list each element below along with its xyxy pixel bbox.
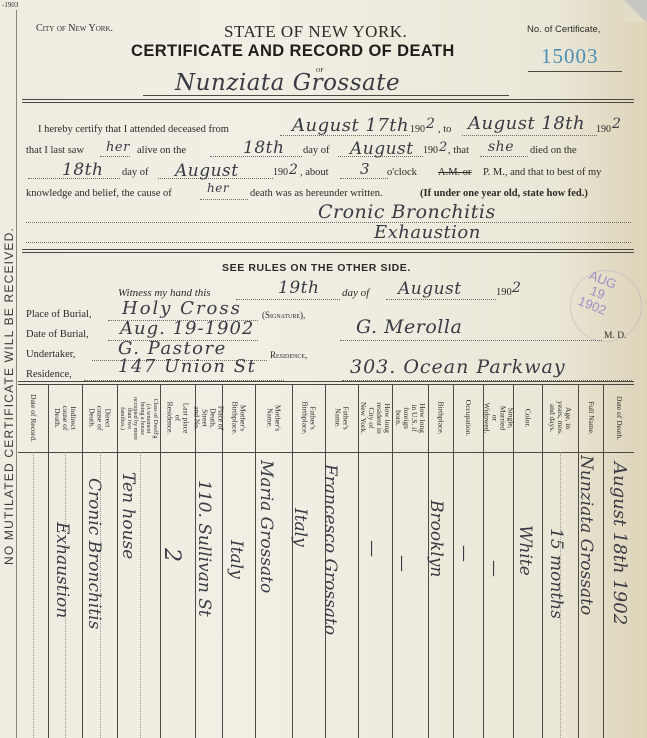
place-of-burial-label: Place of Burial, <box>26 309 92 320</box>
witness-day-of: day of <box>342 287 369 299</box>
dots <box>480 156 528 157</box>
direct-cause-value: Cronic Bronchitis <box>84 478 104 629</box>
section-rule-2 <box>22 252 634 253</box>
col-header-mother-name: Mother's Name. <box>255 384 292 452</box>
attended-from: August 17th <box>292 115 409 136</box>
occupation-value: — <box>454 545 474 562</box>
header-rule <box>22 99 634 100</box>
col-header-text: Date of Death. <box>615 396 623 440</box>
col-header-text: Father's Birthplace. <box>301 401 317 434</box>
col-header-last-residence: Last place of Residence. <box>160 384 195 452</box>
dots <box>340 340 602 341</box>
year-c: 190 <box>423 145 438 156</box>
col-header-text: Birthplace. <box>437 401 445 434</box>
pm-rest: P. M., and that to best of my <box>483 167 601 178</box>
year-d-hand: 2 <box>289 162 298 178</box>
col-header-color: Color. <box>513 384 542 452</box>
date-of-death-value: August 18th 1902 <box>609 462 630 625</box>
col-header-mother-birthplace: Mother's Birthplace. <box>222 384 255 452</box>
physician-signature: G. Merolla <box>356 316 462 338</box>
mother-birthplace-value: Italy <box>226 540 246 579</box>
birthplace-value: Brooklyn <box>426 500 446 577</box>
col-header-text: How long resident in City of New York. <box>359 401 391 435</box>
that-label: , that <box>448 145 469 156</box>
indirect-cause-value: Exhaustion <box>52 522 72 618</box>
col-header-text: Single, Married or Widowed. <box>482 403 514 434</box>
to-label: , to <box>438 124 451 135</box>
cert-number-label: No. of Certificate, <box>527 24 600 35</box>
alive-on: alive on the <box>137 145 186 156</box>
line4-suffix: death was as hereunder written. <box>250 188 383 199</box>
margin-rule <box>16 10 17 738</box>
col-header-dwelling: Class of Dwell'g (A tenement being a hou… <box>117 384 160 452</box>
col-header-text: Color. <box>523 409 531 428</box>
am-struck: A.M. or <box>438 167 472 178</box>
col-header-text: Father's Name. <box>334 402 350 435</box>
place-of-death-value: 110. Sullivan St <box>194 480 214 617</box>
witness-year-hand: 2 <box>512 280 521 296</box>
dots <box>100 156 130 157</box>
col-header-father-name: Father's Name. <box>325 384 358 452</box>
col-header-in-us: How long in U.S. if foreign born. <box>392 384 428 452</box>
mother-name-value: Maria Grossato <box>256 460 276 593</box>
dots <box>236 299 340 300</box>
col-header-text: Class of Dwell'g (A tenement being a hou… <box>119 397 158 440</box>
death-month: August <box>175 161 239 181</box>
last-saw-month: August <box>350 139 414 159</box>
col-header-resident-city: How long resident in City of New York. <box>358 384 392 452</box>
col-header-date-of-death: Date of Death. <box>603 384 635 452</box>
witness-month: August <box>398 279 462 299</box>
col-header-age: Age, in years, mos. and days. <box>542 384 578 452</box>
col-header-text: How long in U.S. if foreign born. <box>394 400 426 436</box>
state-title: STATE OF NEW YORK. <box>224 22 407 42</box>
line1-prefix: I hereby certify that I attended decease… <box>38 124 229 135</box>
col-header-text: Direct cause of Death. <box>88 401 112 436</box>
year-a-hand: 2 <box>426 116 435 132</box>
form-year: -1903 <box>2 1 18 9</box>
last-saw-pronoun: her <box>106 140 130 155</box>
year-b: 190 <box>596 124 611 135</box>
col-header-full-name: Full Name. <box>578 384 603 452</box>
dots <box>462 135 597 136</box>
col-header-text: Place of Death, Street and No. <box>193 405 225 432</box>
hour: 3 <box>360 160 370 178</box>
col-header-text: Last place of Residence. <box>166 401 190 436</box>
col-header-text: Age, in years, mos. and days. <box>548 400 572 436</box>
infant-note: (If under one year old, state how fed.) <box>420 188 588 199</box>
city-label: City of New York. <box>36 23 113 34</box>
col-header-occupation: Occupation. <box>453 384 483 452</box>
rules-notice: SEE RULES ON THE OTHER SIDE. <box>222 262 411 274</box>
undertaker-residence-label: Residence, <box>26 369 72 380</box>
about-label: , about <box>300 167 329 178</box>
year-d: 190 <box>273 167 288 178</box>
marital-value: — <box>484 560 504 577</box>
col-header-marital: Single, Married or Widowed. <box>483 384 513 452</box>
col-header-date-of-record: Date of Record. <box>18 384 48 452</box>
line2-prefix: that I last saw <box>26 145 84 156</box>
age-value: 15 months <box>546 528 566 619</box>
year-b-hand: 2 <box>612 116 621 132</box>
line4-prefix: knowledge and belief, the cause of <box>26 188 172 199</box>
col-header-text: Indirect cause of Death. <box>53 401 77 435</box>
in-us-value: — <box>392 555 412 572</box>
year-a: 190 <box>410 124 425 135</box>
physician-residence-label: Residence, <box>270 350 307 360</box>
section-rule <box>22 249 634 250</box>
attended-to: August 18th <box>468 113 585 134</box>
oclock-label: o'clock <box>387 167 417 178</box>
day-of: day of <box>303 145 330 156</box>
death-day: 18th <box>62 160 103 180</box>
last-residence-value: 2 <box>159 548 184 562</box>
header-rule-2 <box>22 102 634 103</box>
physician-residence: 303. Ocean Parkway <box>350 356 566 378</box>
date-of-burial: Aug. 19-1902 <box>120 318 254 339</box>
year-c-hand: 2 <box>439 140 448 155</box>
col-header-direct-cause: Direct cause of Death. <box>82 384 117 452</box>
sub-divider <box>140 452 141 738</box>
col-header-text: Mother's Birthplace. <box>231 401 247 434</box>
witness-day: 19th <box>278 278 319 298</box>
folded-corner <box>623 0 647 22</box>
full-name-value: Nunziata Grossato <box>576 455 596 615</box>
document-title: CERTIFICATE AND RECORD OF DEATH <box>131 42 455 61</box>
last-saw-day: 18th <box>243 138 284 158</box>
col-header-father-birthplace: Father's Birthplace. <box>292 384 325 452</box>
deceased-name: Nunziata Grossate <box>175 70 400 96</box>
dots <box>340 178 388 179</box>
cert-underline <box>528 71 622 72</box>
undertaker-residence: 147 Union St <box>118 356 256 377</box>
father-name-value: Francesco Grossato <box>320 464 340 635</box>
table-top-rule <box>18 381 634 382</box>
father-birthplace-value: Italy <box>290 508 310 547</box>
col-header-place-of-death: Place of Death, Street and No. <box>195 384 222 452</box>
cause-line-1: Cronic Bronchitis <box>318 201 496 223</box>
cause-line-2: Exhaustion <box>374 222 481 243</box>
cause-pronoun: her <box>207 181 229 195</box>
col-header-text: Date of Record. <box>29 394 37 442</box>
dwelling-value: Ten house <box>118 472 138 559</box>
undertaker-label: Undertaker, <box>26 349 75 360</box>
col-header-text: Occupation. <box>464 400 472 436</box>
color-value: White <box>515 525 535 576</box>
dots <box>200 199 248 200</box>
death-certificate: -1903 NO MUTILATED CERTIFICATE WILL BE R… <box>0 0 647 738</box>
dots <box>386 299 496 300</box>
col-header-indirect-cause: Indirect cause of Death. <box>48 384 82 452</box>
date-of-burial-label: Date of Burial, <box>26 329 89 340</box>
day-of-2: day of <box>122 167 149 178</box>
cause-dots-2 <box>26 242 631 243</box>
name-underline <box>143 95 509 96</box>
sub-divider <box>33 452 34 738</box>
died-pronoun: she <box>488 139 514 155</box>
place-of-burial: Holy Cross <box>122 298 242 319</box>
mutilation-notice: NO MUTILATED CERTIFICATE WILL BE RECEIVE… <box>2 227 16 565</box>
resident-city-value: — <box>362 540 382 557</box>
signature-label: (Signature), <box>262 310 305 320</box>
col-header-birthplace: Birthplace. <box>428 384 453 452</box>
col-header-text: Full Name. <box>587 401 595 435</box>
cert-number: 15003 <box>541 44 599 69</box>
col-header-text: Mother's Name. <box>266 400 282 437</box>
died-on-the: died on the <box>530 145 577 156</box>
witness-year: 190 <box>496 287 512 298</box>
